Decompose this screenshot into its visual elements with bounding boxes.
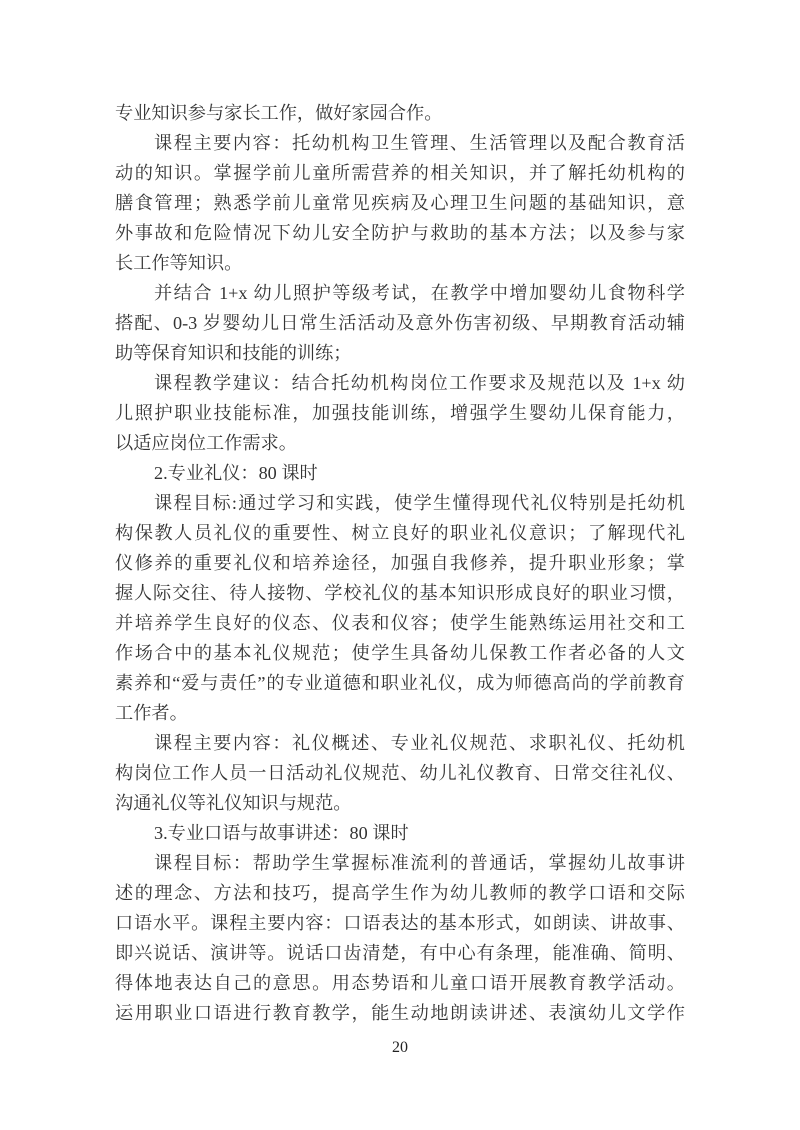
text-line: 膳食管理；熟悉学前儿童常见疾病及心理卫生问题的基础知识，意 <box>115 188 685 218</box>
paragraph: 课程目标：帮助学生掌握标准流利的普通话，掌握幼儿故事讲 述的理念、方法和技巧，提… <box>115 848 685 1028</box>
text-line: 助等保育知识和技能的训练； <box>115 338 685 368</box>
text-line: 仪修养的重要礼仪和培养途径，加强自我修养，提升职业形象；掌 <box>115 548 685 578</box>
text-line: 握人际交往、待人接物、学校礼仪的基本知识形成良好的职业习惯， <box>115 578 685 608</box>
text-line: 沟通礼仪等礼仪知识与规范。 <box>115 788 685 818</box>
text-line: 课程主要内容：托幼机构卫生管理、生活管理以及配合教育活 <box>115 128 685 158</box>
paragraph: 课程主要内容：礼仪概述、专业礼仪规范、求职礼仪、托幼机 构岗位工作人员一日活动礼… <box>115 728 685 818</box>
text-line: 作场合中的基本礼仪规范；使学生具备幼儿保教工作者必备的人文 <box>115 638 685 668</box>
text-line: 课程目标：帮助学生掌握标准流利的普通话，掌握幼儿故事讲 <box>115 848 685 878</box>
text-line: 述的理念、方法和技巧，提高学生作为幼儿教师的教学口语和交际 <box>115 878 685 908</box>
text-line: 课程目标:通过学习和实践，使学生懂得现代礼仪特别是托幼机 <box>115 488 685 518</box>
heading-item: 2.专业礼仪：80 课时 <box>115 458 685 488</box>
document-page: 专业知识参与家长工作，做好家园合作。 课程主要内容：托幼机构卫生管理、生活管理以… <box>0 0 800 1130</box>
text-line: 并培养学生良好的仪态、仪表和仪容；使学生能熟练运用社交和工 <box>115 608 685 638</box>
text-line: 口语水平。课程主要内容：口语表达的基本形式，如朗读、讲故事、 <box>115 908 685 938</box>
text-line: 即兴说话、演讲等。说话口齿清楚，有中心有条理，能准确、简明、 <box>115 938 685 968</box>
heading-item: 3.专业口语与故事讲述：80 课时 <box>115 818 685 848</box>
text-line: 搭配、0-3 岁婴幼儿日常生活活动及意外伤害初级、早期教育活动辅 <box>115 308 685 338</box>
text-line: 构岗位工作人员一日活动礼仪规范、幼儿礼仪教育、日常交往礼仪、 <box>115 758 685 788</box>
paragraph: 专业知识参与家长工作，做好家园合作。 <box>115 98 685 128</box>
text-line: 课程教学建议：结合托幼机构岗位工作要求及规范以及 1+x 幼 <box>115 368 685 398</box>
text-line: 动的知识。掌握学前儿童所需营养的相关知识，并了解托幼机构的 <box>115 158 685 188</box>
text-line: 得体地表达自己的意思。用态势语和儿童口语开展教育教学活动。 <box>115 968 685 998</box>
paragraph: 课程主要内容：托幼机构卫生管理、生活管理以及配合教育活 动的知识。掌握学前儿童所… <box>115 128 685 278</box>
text-line: 课程主要内容：礼仪概述、专业礼仪规范、求职礼仪、托幼机 <box>115 728 685 758</box>
text-line: 儿照护职业技能标准，加强技能训练，增强学生婴幼儿保育能力， <box>115 398 685 428</box>
paragraph: 课程教学建议：结合托幼机构岗位工作要求及规范以及 1+x 幼 儿照护职业技能标准… <box>115 368 685 458</box>
paragraph: 课程目标:通过学习和实践，使学生懂得现代礼仪特别是托幼机 构保教人员礼仪的重要性… <box>115 488 685 728</box>
text-line: 专业知识参与家长工作，做好家园合作。 <box>115 98 685 128</box>
text-line: 3.专业口语与故事讲述：80 课时 <box>115 818 685 848</box>
text-line: 素养和“爱与责任”的专业道德和职业礼仪，成为师德高尚的学前教育 <box>115 668 685 698</box>
text-line: 2.专业礼仪：80 课时 <box>115 458 685 488</box>
text-line: 以适应岗位工作需求。 <box>115 428 685 458</box>
document-body: 专业知识参与家长工作，做好家园合作。 课程主要内容：托幼机构卫生管理、生活管理以… <box>115 98 685 1028</box>
text-line: 构保教人员礼仪的重要性、树立良好的职业礼仪意识；了解现代礼 <box>115 518 685 548</box>
text-line: 长工作等知识。 <box>115 248 685 278</box>
paragraph: 并结合 1+x 幼儿照护等级考试，在教学中增加婴幼儿食物科学 搭配、0-3 岁婴… <box>115 278 685 368</box>
text-line: 运用职业口语进行教育教学，能生动地朗读讲述、表演幼儿文学作 <box>115 998 685 1028</box>
text-line: 工作者。 <box>115 698 685 728</box>
text-line: 外事故和危险情况下幼儿安全防护与救助的基本方法；以及参与家 <box>115 218 685 248</box>
page-number: 20 <box>0 1038 800 1058</box>
text-line: 并结合 1+x 幼儿照护等级考试，在教学中增加婴幼儿食物科学 <box>115 278 685 308</box>
